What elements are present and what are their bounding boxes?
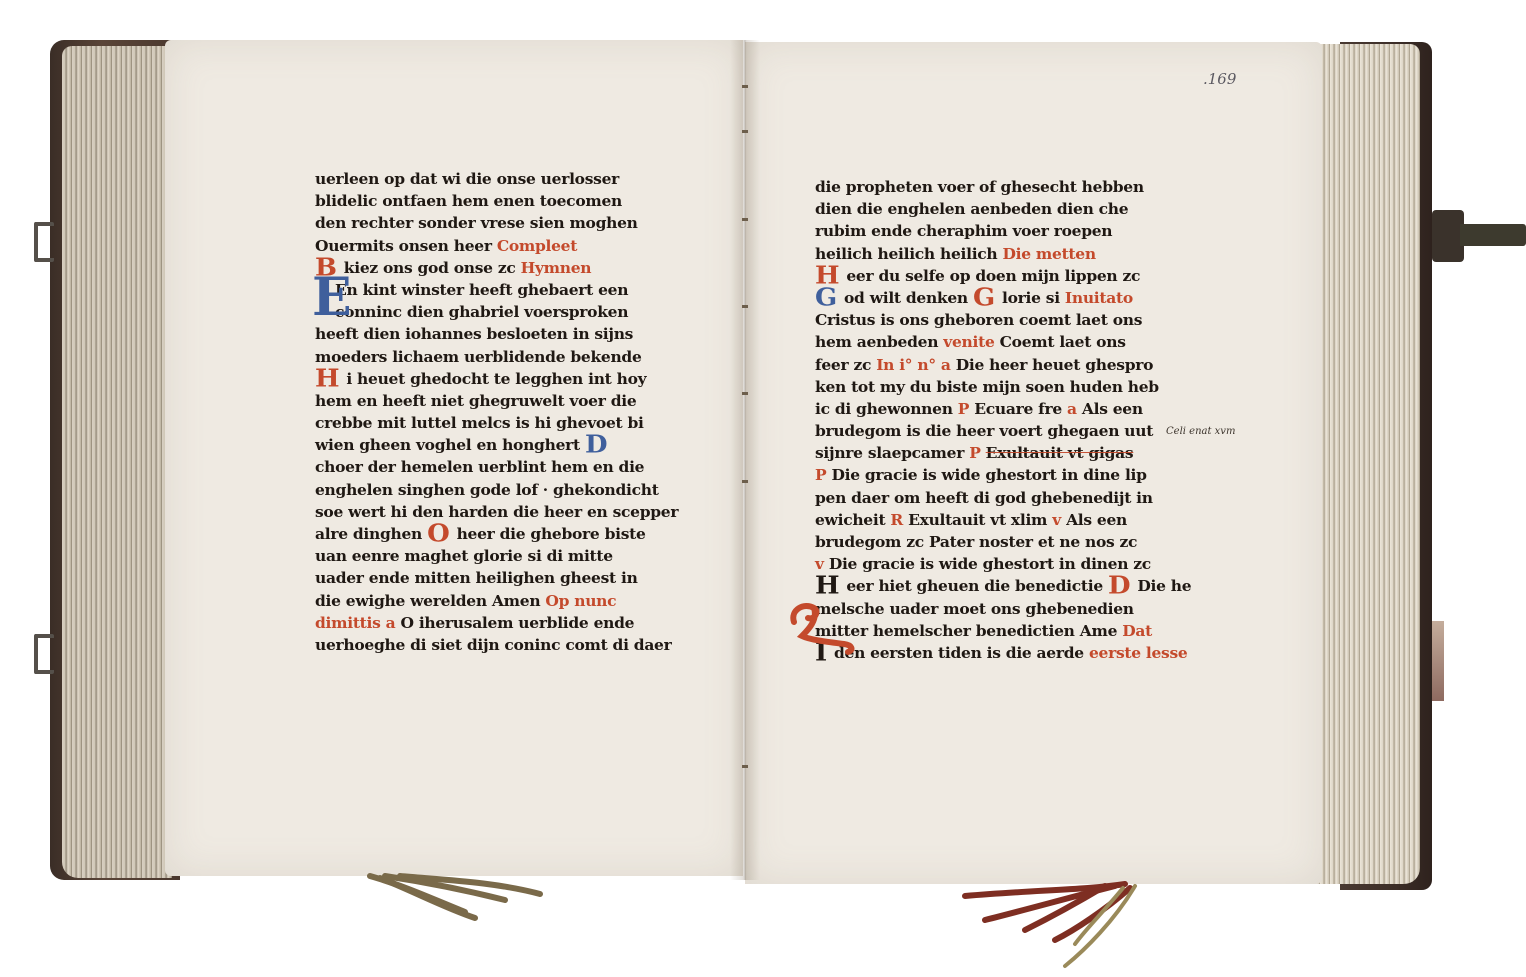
text-line: uerleen op dat wi die onse uerlosser [315,169,690,190]
text-segment: ewicheit [815,510,885,528]
text-line: crebbe mit luttel melcs is hi ghevoet bi [315,413,690,434]
upper-clasp-catch [34,222,54,262]
rubric-dat: Dat [1122,621,1152,639]
initial-e-blue: E [312,272,352,324]
text-segment: lorie si [1002,288,1060,306]
text-segment: den eersten tiden is die aerde [834,643,1084,661]
gutter-fold [730,40,760,880]
text-line: brudegom is die heer voert ghegaen uut [815,421,1185,442]
text-line: I den eersten tiden is die aerde eerste … [815,642,1185,663]
text-line: den rechter sonder vrese sien moghen [315,213,690,234]
rubric-die-metten: Die metten [1003,244,1096,262]
text-segment: Ouermits onsen heer [315,236,492,254]
text-line: moeders lichaem uerblidende bekende [315,346,690,367]
text-segment: i heuet ghedocht te legghen int hoy [346,369,646,387]
right-text-block: die propheten voer of ghesecht hebben di… [815,176,1185,664]
text-line: soe wert hi den harden die heer en scepp… [315,501,690,522]
text-line: dimittis a O iherusalem uerblide ende [315,612,690,633]
text-line: Cristus is ons gheboren coemt laet ons [815,310,1185,331]
initial-h: H [315,370,339,387]
rubric-v: v [815,555,824,573]
text-line: H eer hiet gheuen die benedictie D Die h… [815,576,1185,597]
text-line: wien gheen voghel en honghert D [315,435,690,456]
left-text-block: uerleen op dat wi die onse uerlosser bli… [315,168,690,656]
text-segment: Die gracie is wide ghestort in dinen zc [829,555,1151,573]
folio-number: .169 [1203,70,1236,88]
initial-o-small: O [401,613,414,631]
text-line: die propheten voer of ghesecht hebben [815,177,1185,198]
text-segment: od wilt denken [844,288,968,306]
text-line: uader ende mitten heilighen gheest in [315,568,690,589]
text-line: melsche uader moet ons ghebenedien [815,598,1185,619]
text-line: die ewighe werelden Amen Op nunc [315,590,690,611]
text-segment: sijnre slaepcamer [815,444,964,462]
lower-clasp-catch [34,634,54,674]
text-segment: Als een [1082,399,1143,417]
text-segment: Die heer heuet ghespro [956,355,1153,373]
text-segment: alre dinghen [315,525,422,543]
manuscript-photo: .169 uerleen op dat wi die onse uerlosse… [0,0,1526,977]
rubric-op-nunc: Op nunc [545,591,616,609]
text-segment: wien gheen voghel en honghert [315,436,580,454]
rubric-venite: venite [943,333,994,351]
initial-o: O [427,525,449,542]
text-line: heeft dien iohannes besloeten in sijns [315,324,690,345]
lower-strap-remnant [1432,621,1444,701]
left-page-edges [62,46,172,878]
text-line: H eer du selfe op doen mijn lippen zc [815,265,1185,286]
text-line: ic di ghewonnen P Ecuare fre a Als een [815,398,1185,419]
text-line: P Die gracie is wide ghestort in dine li… [815,465,1185,486]
binding-stitch [742,130,748,133]
text-line: uerhoeghe di siet dijn coninc comt di da… [315,634,690,655]
initial-d: D [585,437,607,454]
text-line: hem aenbeden venite Coemt laet ons [815,332,1185,353]
text-segment: Coemt laet ons [1000,333,1126,351]
text-line: pen daer om heeft di god ghebenedijt in [815,487,1185,508]
text-segment: feer zc [815,355,871,373]
text-segment: iherusalem uerblide ende [419,613,634,631]
text-line: blidelic ontfaen hem enen toecomen [315,191,690,212]
text-line: alre dinghen O heer die ghebore biste [315,524,690,545]
clasp-strap-icon [1432,210,1526,262]
text-line: hem en heeft niet ghegruwelt voer die [315,390,690,411]
rubric-compleet: Compleet [497,236,577,254]
text-line: conninc dien ghabriel voersproken [315,302,690,323]
text-segment: Die he [1137,577,1191,595]
rubric-dimittis: dimittis a [315,613,395,631]
initial-d: D [1108,578,1130,595]
text-segment: eer du selfe op doen mijn lippen zc [846,266,1140,284]
binding-stitch [742,218,748,221]
text-line: ken tot my du biste mijn soen huden heb [815,376,1185,397]
binding-stitch [742,392,748,395]
text-line: feer zc In i° n° a Die heer heuet ghespr… [815,354,1185,375]
struck-text: Exultauit vt gigas [986,444,1134,462]
right-page-edges [1310,44,1420,884]
rubric-hymnen: Hymnen [521,258,592,276]
text-line: uan eenre maghet glorie si di mitte [315,546,690,567]
text-line: H i heuet ghedocht te legghen int hoy [315,368,690,389]
text-line: G od wilt denken G lorie si Inuitato [815,287,1185,308]
rubric-inuitato: Inuitato [1065,288,1133,306]
rubric-p: P [969,444,980,462]
text-segment: heilich heilich heilich [815,244,997,262]
text-segment: Ecuare fre [974,399,1062,417]
text-line: sijnre slaepcamer P Exultauit vt gigas [815,443,1185,464]
text-line: B kiez ons god onse zc Hymnen [315,257,690,278]
bookmark-tassel-right [955,880,1145,970]
rubric-a: a [1067,399,1077,417]
text-line: mitter hemelscher benedictien Ame Dat [815,620,1185,641]
rubric-eerste-lesse: eerste lesse [1089,643,1188,661]
initial-g-blue: G [815,289,837,306]
initial-g-red: G [973,289,995,306]
text-line: dien die enghelen aenbeden dien che [815,199,1185,220]
rubric-in-nocturno: In i° n° a [876,355,950,373]
text-segment: Als een [1066,510,1127,528]
clasp-bar [1460,224,1526,246]
text-line: ewicheit R Exultauit vt xlim v Als een [815,509,1185,530]
rubric-v: v [1052,510,1061,528]
text-line: enghelen singhen gode lof · ghekondicht [315,479,690,500]
text-line: En kint winster heeft ghebaert een [315,279,690,300]
binding-stitch [742,480,748,483]
text-line: Ouermits onsen heer Compleet [315,235,690,256]
binding-stitch [742,765,748,768]
bookmark-tassel-left [365,872,555,922]
text-segment: Exultauit vt xlim [908,510,1047,528]
text-segment: Die gracie is wide ghestort in dine lip [831,466,1146,484]
text-segment: hem aenbeden [815,333,938,351]
text-line: heilich heilich heilich Die metten [815,243,1185,264]
initial-h-dark: H [815,578,839,595]
margin-annotation: Celi enat xvm [1166,426,1235,437]
red-flourish-initial-icon [788,600,868,660]
text-segment: kiez ons god onse zc [344,258,516,276]
text-line: choer der hemelen uerblint hem en die [315,457,690,478]
binding-stitch [742,305,748,308]
initial-h: H [815,267,839,284]
binding-stitch [742,85,748,88]
rubric-r: R [890,510,903,528]
rubric-p: P [958,399,969,417]
text-segment: heer die ghebore biste [457,525,646,543]
text-line: brudegom zc Pater noster et ne nos zc [815,532,1185,553]
text-line: rubim ende cheraphim voer roepen [815,221,1185,242]
rubric-p: P [815,466,826,484]
text-segment: eer hiet gheuen die benedictie [846,577,1103,595]
text-segment: ic di ghewonnen [815,399,953,417]
text-segment: die ewighe werelden Amen [315,591,540,609]
